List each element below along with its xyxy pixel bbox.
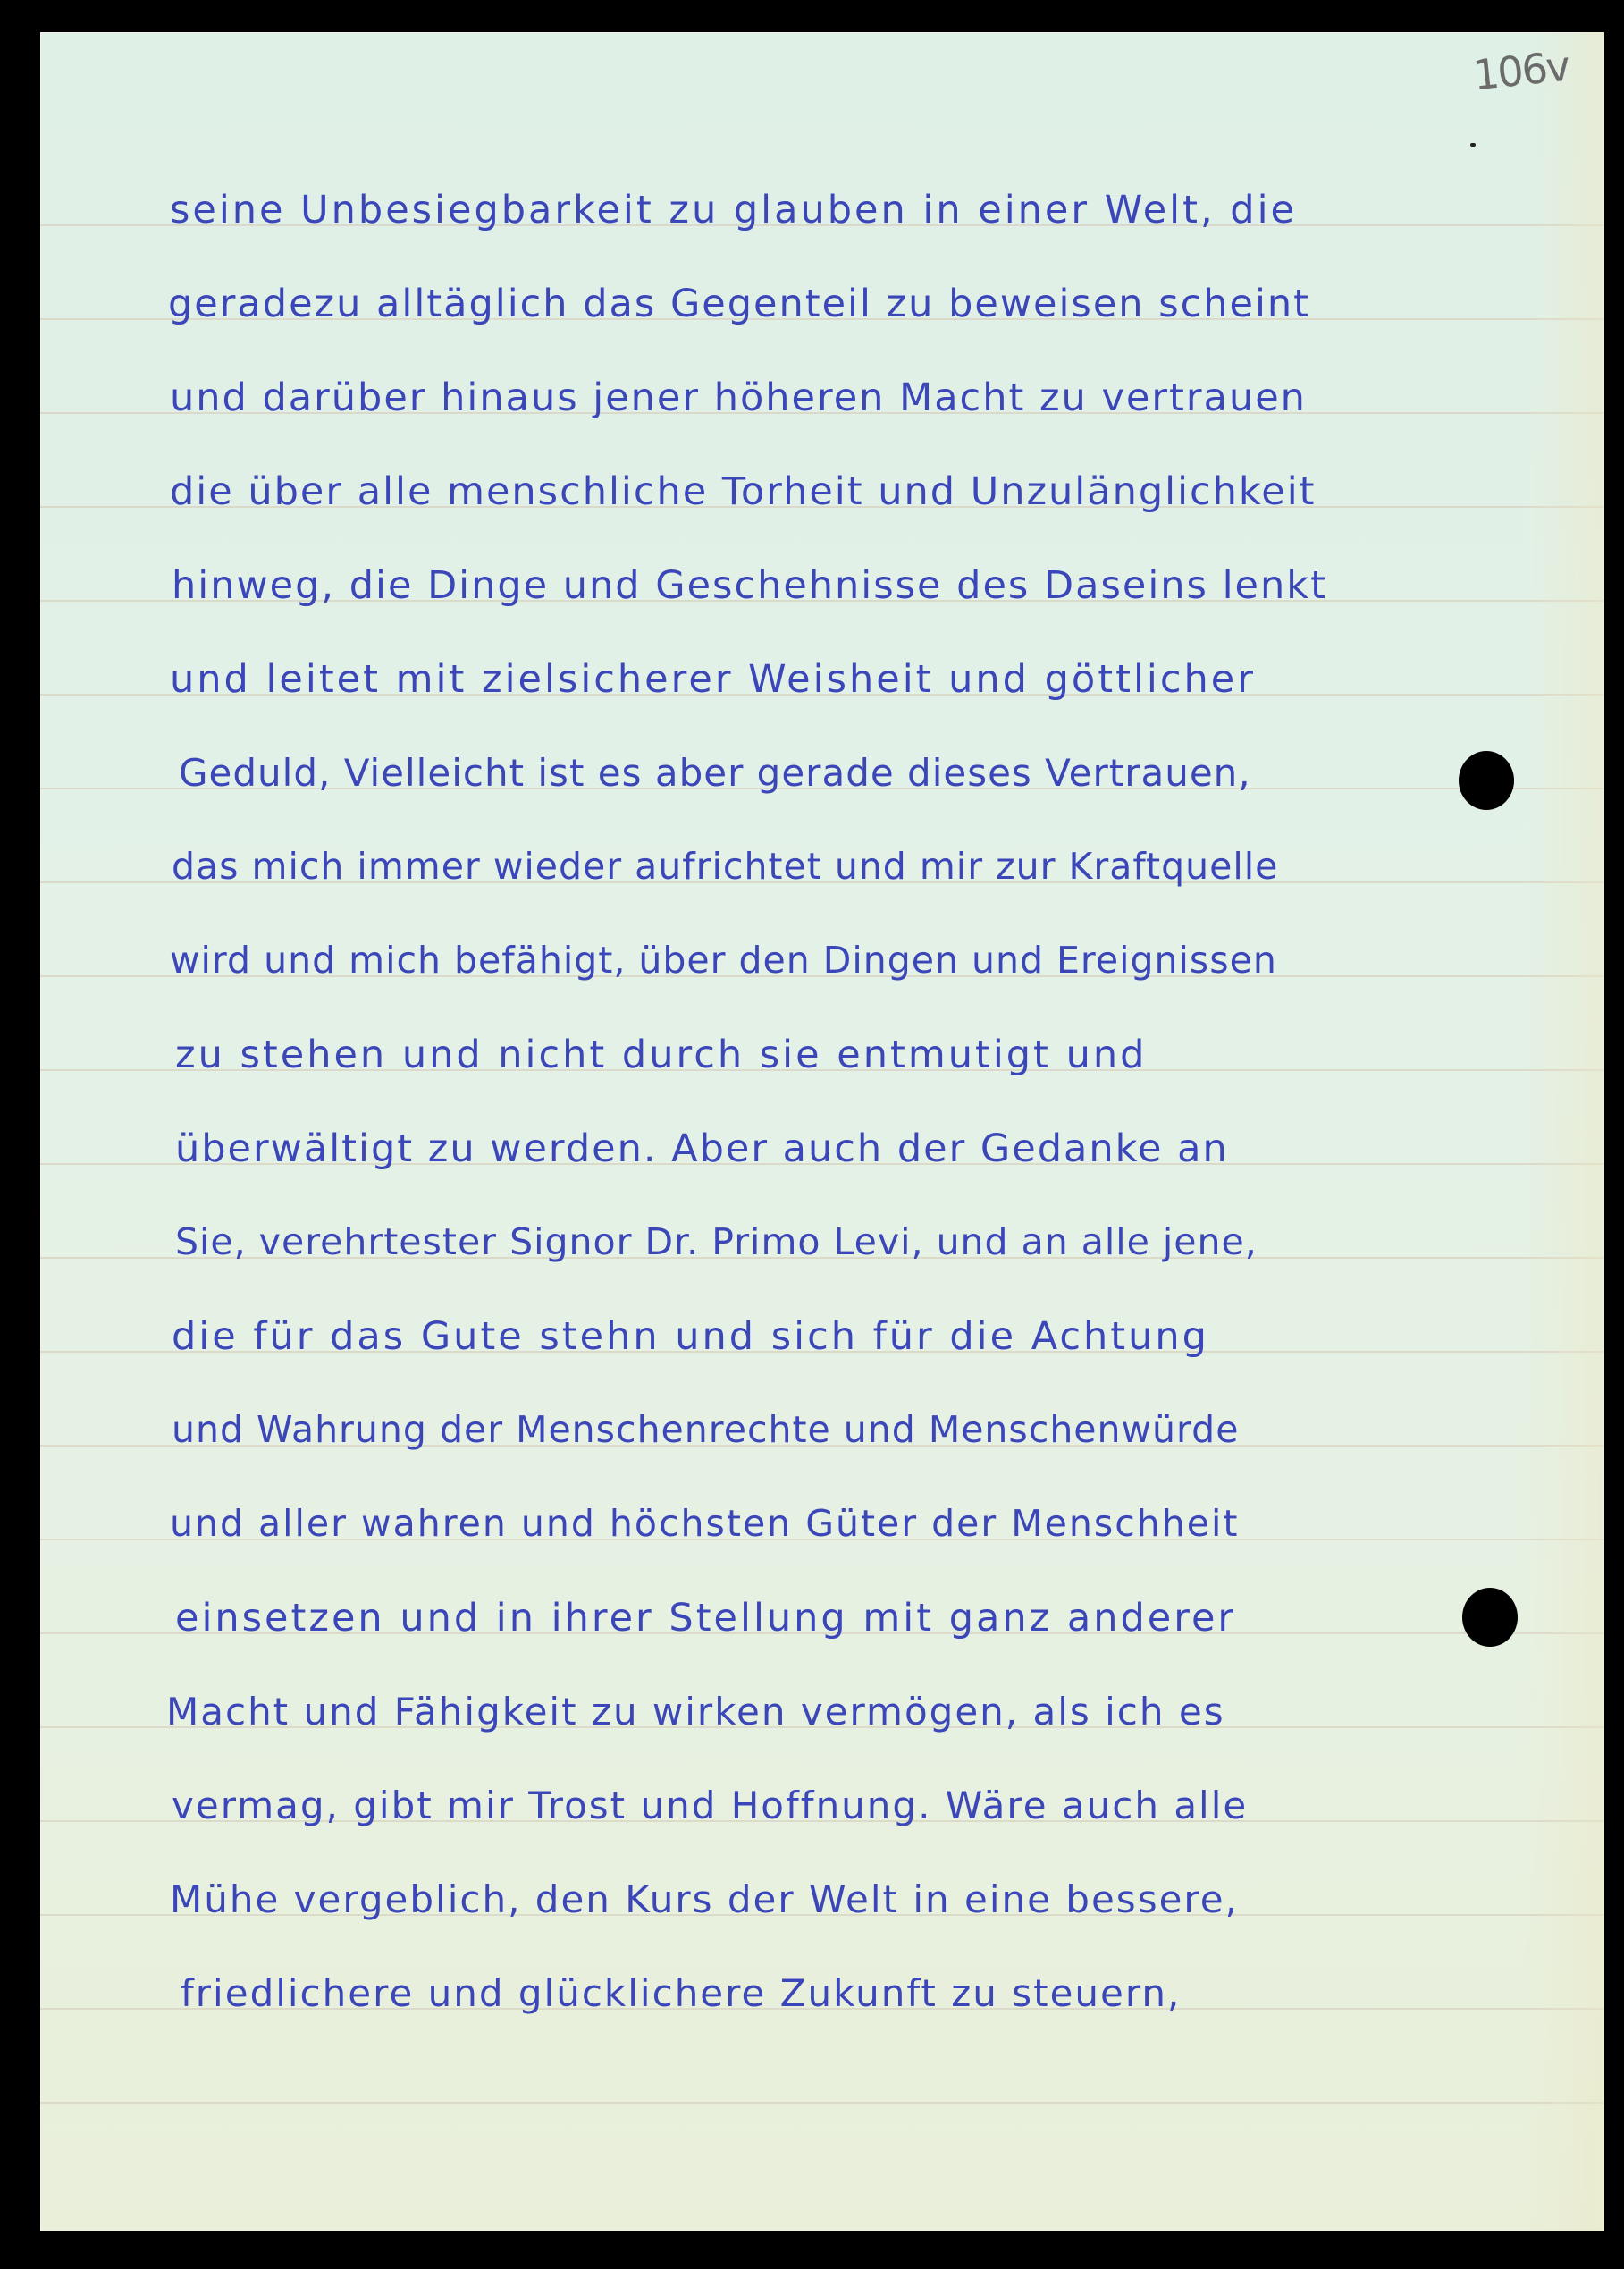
ink-speck (1470, 143, 1476, 147)
text-line: zu stehen und nicht durch sie entmutigt … (175, 1033, 1147, 1077)
text-line: friedlichere und glücklichere Zukunft zu… (181, 1971, 1181, 2015)
text-line: überwältigt zu werden. Aber auch der Ged… (175, 1126, 1229, 1171)
text-line: und leitet mit zielsicherer Weisheit und… (170, 657, 1256, 702)
text-line: und aller wahren und höchsten Güter der … (170, 1502, 1239, 1545)
text-line: geradezu alltäglich das Gegenteil zu bew… (168, 282, 1310, 326)
text-line: und darüber hinaus jener höheren Macht z… (170, 375, 1307, 420)
punch-hole-upper (1459, 751, 1514, 810)
text-line: und Wahrung der Menschenrechte und Mensc… (172, 1408, 1239, 1451)
text-line: die für das Gute stehn und sich für die … (172, 1314, 1209, 1359)
text-line: Sie, verehrtester Signor Dr. Primo Levi,… (175, 1220, 1258, 1263)
text-line: Mühe vergeblich, den Kurs der Welt in ei… (170, 1877, 1239, 1921)
text-line: Macht und Fähigkeit zu wirken vermögen, … (166, 1690, 1225, 1733)
text-line: Geduld, Vielleicht ist es aber gerade di… (179, 751, 1251, 795)
text-line: die über alle menschliche Torheit und Un… (170, 469, 1317, 514)
text-line: hinweg, die Dinge und Geschehnisse des D… (172, 563, 1327, 608)
ruled-line (40, 2102, 1604, 2104)
page-number: 106v (1470, 42, 1570, 100)
text-line: das mich immer wieder aufrichtet und mir… (172, 845, 1278, 888)
punch-hole-lower (1462, 1588, 1518, 1647)
text-line: einsetzen und in ihrer Stellung mit ganz… (175, 1596, 1236, 1641)
text-line: vermag, gibt mir Trost und Hoffnung. Wär… (172, 1784, 1248, 1827)
text-line: seine Unbesiegbarkeit zu glauben in eine… (170, 188, 1297, 232)
text-line: wird und mich befähigt, über den Dingen … (170, 939, 1277, 982)
